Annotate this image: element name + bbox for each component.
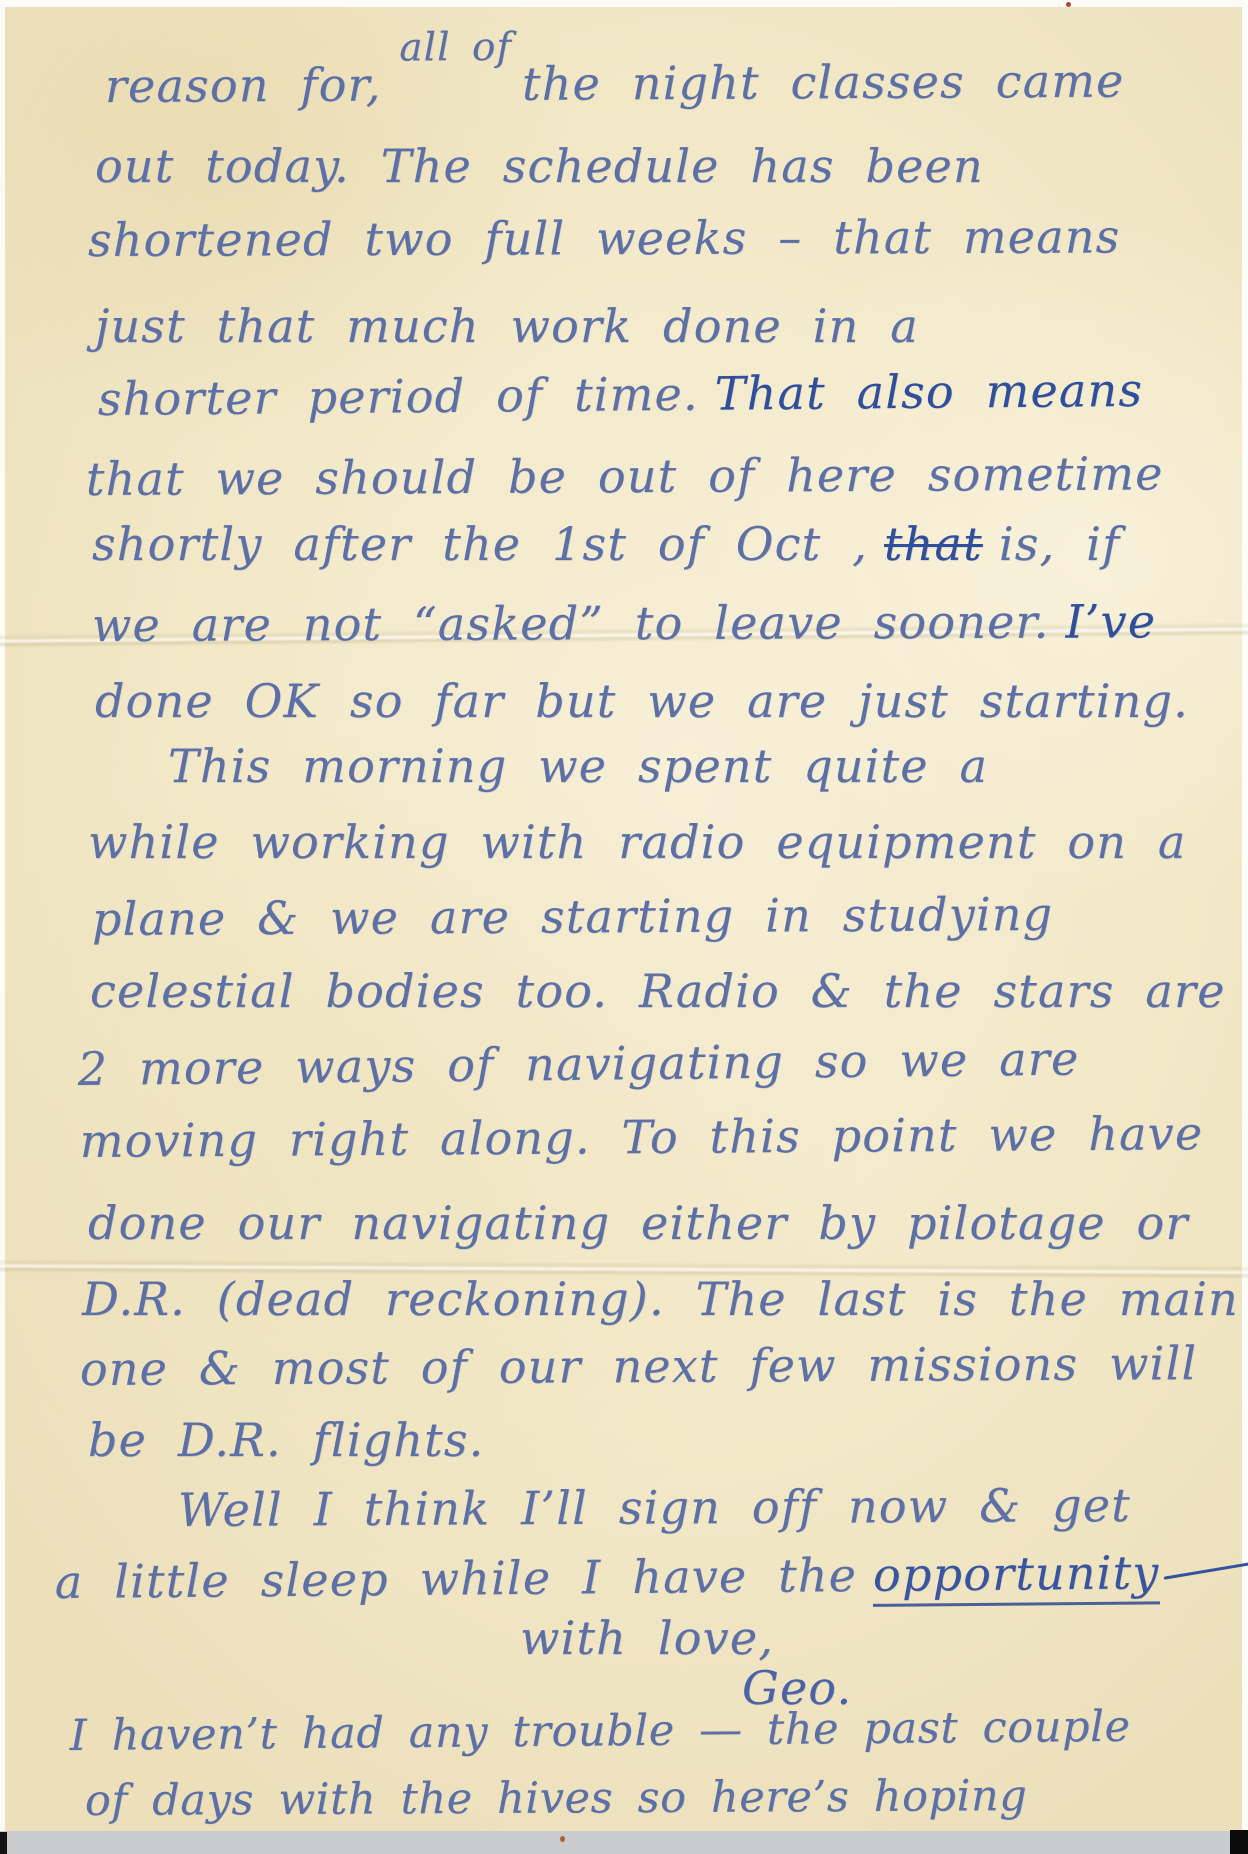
letter-line-08: we are not “asked” to leave sooner.I’ve [92,595,1157,652]
struck-through-word: that [884,517,983,571]
letter-line-11: while working with radio equipment on a [88,816,1187,869]
letter-line-01: reason for,all ofthe night classes came [105,55,1125,113]
letter-line-16: done our navigating either by pilotage o… [88,1197,1189,1250]
scan-edge-left [0,0,5,1854]
letter-line-14: 2 more ways of navigating so we are [77,1033,1079,1096]
letter-line-05: shorter period of time.That also means [98,364,1144,426]
letter-line-12: plane & we are starting in studying [92,888,1054,946]
letter-line-02: out today. The schedule has been [95,140,984,193]
letter-line-19: be D.R. flights. [88,1414,484,1467]
scan-corner-mark-left [0,1832,7,1854]
scanner-edge-strip [0,1831,1248,1854]
line-21-text: a little sleep while I have the [55,1548,858,1609]
paper-speck-bottom [560,1836,565,1842]
line-08-darker-ink-text: I’ve [1065,594,1156,648]
letter-line-13: celestial bodies too. Radio & the stars … [90,965,1226,1018]
pen-flourish [1163,1562,1248,1580]
letter-line-07: shortly after the 1st of Oct ,thatis, if [92,518,1120,571]
letter-line-04: just that much work done in a [95,300,919,353]
letter-paper: reason for,all ofthe night classes came … [0,0,1248,1854]
line-05-darker-ink-text: That also means [714,363,1143,421]
closing-salutation: with love, [520,1612,774,1665]
letter-line-03: shortened two full weeks – that means [88,210,1121,266]
postscript-line-2: of days with the hives so here’s hoping [85,1772,1028,1826]
letter-line-20-paragraph-indent: Well I think I’ll sign off now & get [178,1479,1131,1537]
inserted-words-above-line: all of [399,25,512,71]
line-07-text: shortly after the 1st of Oct , [92,517,868,571]
line-01-text-after-insertion: the night classes came [522,54,1125,111]
letter-line-10-paragraph-indent: This morning we spent quite a [168,740,988,793]
line-07-text-after-strike: is, if [999,517,1121,571]
letter-line-06: that we should be out of here sometime [86,447,1164,506]
line-05-text: shorter period of time. [98,367,699,426]
scan-corner-mark-right [1230,1830,1248,1854]
letter-line-18: one & most of our next few missions will [80,1337,1198,1396]
letter-line-15: moving right along. To this point we hav… [80,1107,1204,1168]
line-08-text: we are not “asked” to leave sooner. [92,595,1050,652]
letter-line-21: a little sleep while I have theopportuni… [55,1546,1248,1609]
letter-line-09: done OK so far but we are just starting. [95,675,1189,728]
scan-edge-top [0,0,1248,7]
underlined-word: opportunity [873,1545,1160,1606]
postscript-line-1: I haven’t had any trouble — the past cou… [70,1703,1131,1762]
line-01-text-before-insertion: reason for, [105,58,382,113]
paper-speck [1066,2,1071,7]
letter-line-17: D.R. (dead reckoning). The last is the m… [82,1273,1239,1326]
